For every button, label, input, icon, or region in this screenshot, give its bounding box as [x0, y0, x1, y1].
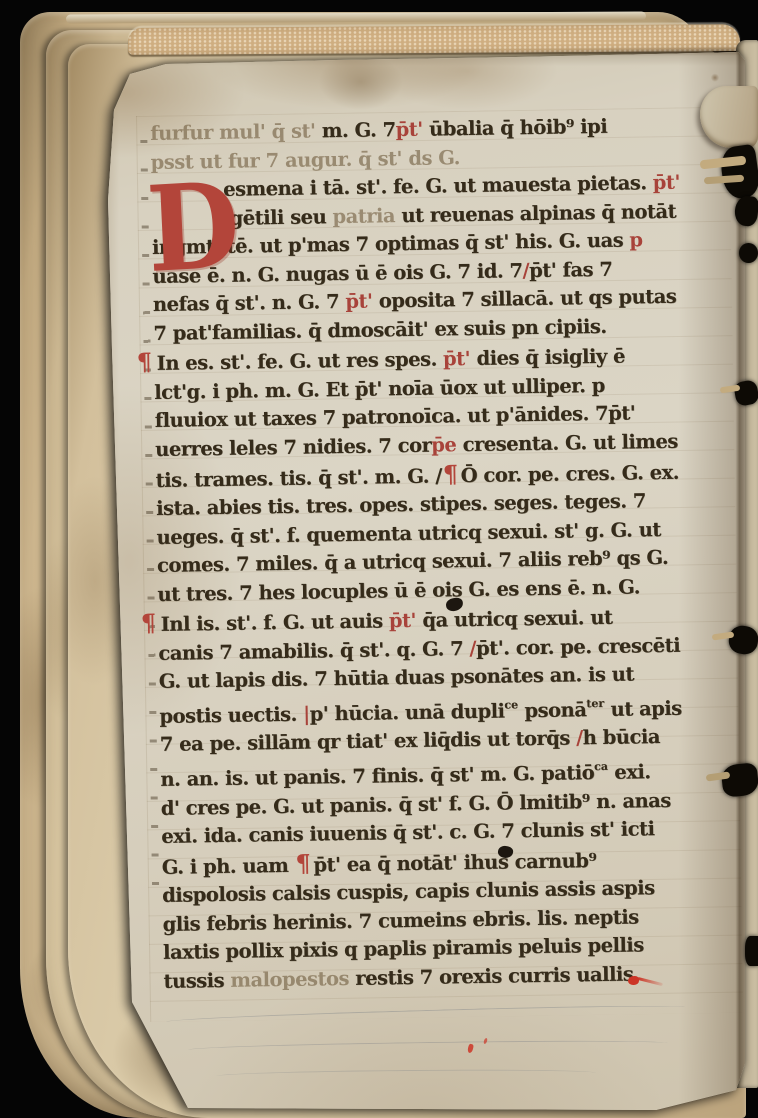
text-segment: p — [629, 228, 643, 251]
text-segment: restis 7 orexis curris uallis — [349, 962, 634, 989]
text-segment: psonā — [518, 698, 587, 722]
text-segment: 7 pat'familias. q̄ dmoscāit' ex suis pn … — [153, 315, 607, 345]
text-segment: p̄t' fas 7 — [529, 257, 613, 281]
text-segment: gētili seu — [229, 205, 332, 230]
text-segment: laxtis pollix pixis q paplis piramis pel… — [163, 934, 644, 965]
text-segment: ut apis — [604, 697, 682, 721]
text-segment: ter — [586, 697, 604, 710]
text-segment: oposita 7 sillacā. ut qs putas — [372, 285, 676, 313]
text-segment: h būcia — [583, 726, 661, 750]
text-segment: lct'g. i ph. m. G. Et p̄t' noīa ūox ut u… — [154, 374, 605, 404]
text-segment: furfur mul' q̄ st' — [150, 119, 316, 145]
text-segment: p̄t' ea q̄ notāt' ihus carnub⁹ — [313, 849, 596, 876]
text-segment: ista. abies tis. tres. opes. stipes. seg… — [156, 489, 646, 520]
text-segment: uerres leles 7 nidies. 7 cor — [155, 434, 431, 461]
text-segment: Ō cor. pe. cres. G. ex. — [460, 460, 679, 486]
text-segment: exi. — [608, 760, 651, 784]
text-segment: G. i ph. uam — [162, 853, 295, 878]
text-segment: In es. st'. fe. G. ut res spes. — [156, 348, 443, 375]
parchment-crease — [216, 1068, 596, 1080]
margin-mark: ɔ — [82, 239, 91, 257]
text-segment: malopestos — [230, 967, 349, 992]
text-segment: p̄t' — [345, 290, 372, 313]
text-segment: p̄t' — [653, 171, 680, 194]
text-segment: m. G. 7 — [315, 118, 395, 142]
text-segment: ut reuenas alpinas q̄ notāt — [395, 199, 676, 226]
rubric-initial: D — [145, 173, 242, 282]
text-segment: cresenta. G. ut limes — [456, 430, 678, 456]
parchment-crease — [188, 1039, 668, 1055]
paraph-mark: ¶ — [294, 848, 313, 877]
text-segment: ce — [504, 698, 518, 711]
text-segment: ca — [594, 760, 608, 773]
text-segment: p̄t' — [443, 347, 470, 370]
text-segment: p̄t'. cor. pe. crescēti — [476, 634, 680, 660]
text-segment: canis 7 amabilis. q̄ st'. q. G. 7 — [158, 637, 469, 665]
text-segment: dies q̄ isigliy ē — [470, 345, 625, 370]
text-segment: glis febris herinis. 7 cumeins ebris. li… — [162, 905, 638, 935]
text-segment: fluuiox ut taxes 7 patronoīca. ut p'ānid… — [155, 402, 636, 433]
text-segment: postis uectis. — [159, 703, 303, 728]
text-segment: ut tres. 7 hes locuples ū ē ois G. es en… — [157, 575, 640, 606]
text-segment: tussis — [163, 969, 230, 993]
text-segment: comes. 7 miles. q̄ a utricq sexui. 7 ali… — [157, 546, 669, 577]
text-segment: p̄t' — [389, 609, 416, 632]
text-segment: 7 ea pe. sillām qr tiat' ex liq̄dis ut t… — [160, 727, 577, 757]
paraph-mark: ¶ — [136, 347, 157, 376]
text-segment: q̄a utricq sexui. ut — [416, 606, 613, 632]
text-segment: G. ut lapis dis. 7 hūtia duas psonātes a… — [159, 663, 634, 693]
text-segment: Inl is. st'. f. G. ut auis — [161, 610, 390, 637]
text-segment: exi. ida. canis iuuenis q̄ st'. c. G. 7 … — [161, 817, 655, 848]
text-segment: n. an. is. ut panis. 7 finis. q̄ st' m. … — [160, 761, 594, 791]
text-segment: p̄t' — [395, 118, 422, 141]
manuscript-page: D ɔ furfur mul' q̄ st' m. G. 7p̄t' ūbali… — [96, 50, 758, 1114]
text-segment: tis. trames. tis. q̄ st'. m. G. / — [155, 464, 442, 491]
text-block: D ɔ furfur mul' q̄ st' m. G. 7p̄t' ūbali… — [150, 111, 750, 997]
text-segment: p̄e — [431, 433, 456, 456]
red-ink-splash — [628, 976, 639, 985]
sewing-hole — [739, 243, 758, 263]
text-segment: ueges. q̄ st'. f. quementa utricq sexui.… — [156, 518, 661, 549]
text-segment: d' cres pe. G. ut panis. q̄ st' f. G. Ō … — [161, 788, 671, 819]
text-segment: patria — [332, 204, 395, 228]
page-wrap: D ɔ furfur mul' q̄ st' m. G. 7p̄t' ūbali… — [0, 0, 758, 1118]
text-segment: esmena i tā. st'. fe. G. ut mauesta piet… — [223, 171, 653, 201]
paraph-mark: ¶ — [140, 608, 161, 637]
red-ink-dot — [467, 1044, 474, 1054]
sewing-hole — [745, 936, 758, 966]
paraph-mark: ¶ — [442, 459, 461, 488]
text-segment: ūbalia q̄ hōib⁹ ipi — [423, 115, 608, 141]
manuscript-photo: D ɔ furfur mul' q̄ st' m. G. 7p̄t' ūbali… — [0, 0, 758, 1118]
text-segment: p' hūcia. unā dupli — [309, 699, 504, 725]
text-segment: dispolosis calsis cuspis, capis clunis a… — [162, 876, 655, 907]
